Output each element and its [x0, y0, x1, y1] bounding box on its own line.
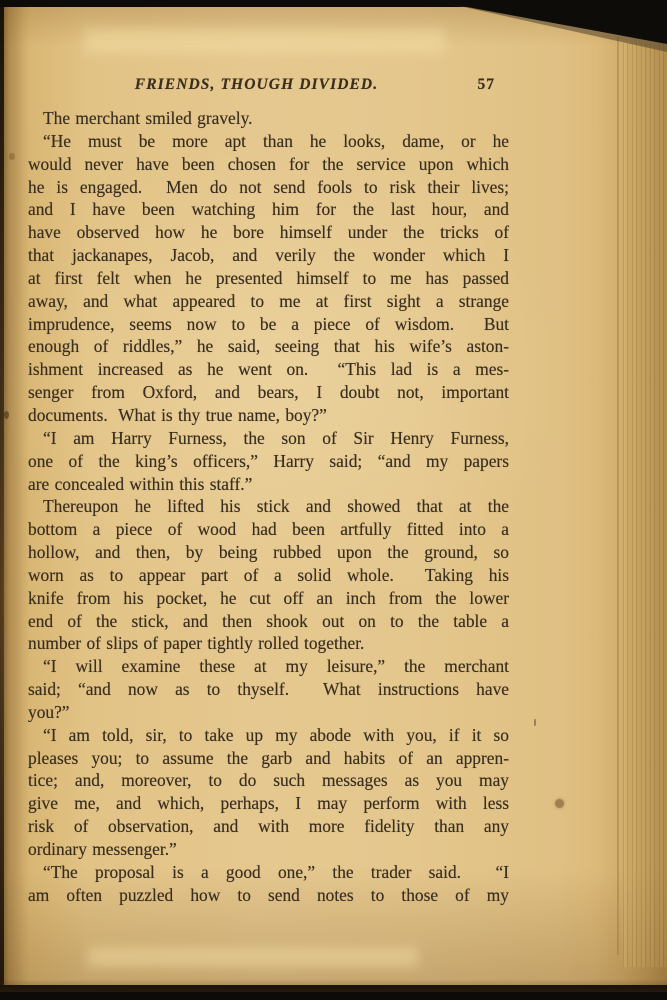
- binding-gutter-shadow: [0, 7, 30, 985]
- text-line: Thereupon he lifted his stick and showed…: [28, 495, 509, 518]
- running-title: FRIENDS, THOUGH DIVIDED.: [28, 76, 509, 94]
- text-line: number of slips of paper tightly rolled …: [28, 632, 509, 655]
- paper-stain: [534, 719, 536, 726]
- text-line: one of the king’s officers,” Harry said;…: [28, 450, 509, 473]
- text-line: end of the stick, and then shook out on …: [28, 610, 509, 633]
- text-line: at first felt when he presented himself …: [28, 267, 509, 290]
- text-line: pleases you; to assume the garb and habi…: [28, 747, 509, 770]
- text-line: “I will examine these at my leisure,” th…: [28, 655, 509, 678]
- text-line: knife from his pocket, he cut off an inc…: [28, 587, 509, 610]
- text-line: said; “and now as to thyself. What instr…: [28, 678, 509, 701]
- text-line: “I am told, sir, to take up my abode wit…: [28, 724, 509, 747]
- text-column: The merchant smiled gravely. “He must be…: [28, 107, 509, 907]
- text-line: ishment increased as he went on. “This l…: [28, 358, 509, 381]
- text-line: would never have been chosen for the ser…: [28, 153, 509, 176]
- text-line: worn as to appear part of a solid whole.…: [28, 564, 509, 587]
- text-line: documents. What is thy true name, boy?”: [28, 404, 509, 427]
- page-right-shading: [595, 7, 667, 985]
- text-line: imprudence, seems now to be a piece of w…: [28, 313, 509, 336]
- text-line: that jackanapes, Jacob, and verily the w…: [28, 244, 509, 267]
- text-line: away, and what appeared to me at first s…: [28, 290, 509, 313]
- text-line: hollow, and then, by being rubbed upon t…: [28, 541, 509, 564]
- running-header: FRIENDS, THOUGH DIVIDED. 57: [28, 76, 509, 98]
- paper-stain: [4, 411, 9, 419]
- text-line: senger from Oxford, and bears, I doubt n…: [28, 381, 509, 404]
- page-number: 57: [478, 76, 496, 94]
- text-line: ordinary messenger.”: [28, 838, 509, 861]
- text-line: tice; and, moreover, to do such messages…: [28, 769, 509, 792]
- text-line: The merchant smiled gravely.: [28, 107, 509, 130]
- text-line: risk of observation, and with more fidel…: [28, 815, 509, 838]
- text-line: have observed how he bore himself under …: [28, 221, 509, 244]
- text-line: and I have been watching him for the las…: [28, 198, 509, 221]
- text-line: am often puzzled how to send notes to th…: [28, 884, 509, 907]
- scan-smear-top: [85, 29, 445, 53]
- page-edge-crease: [617, 37, 619, 955]
- page-bottom-shadow: [0, 979, 667, 992]
- binding-edge: [0, 7, 4, 985]
- scan-smear-bottom: [88, 947, 418, 967]
- paper-stain: [555, 799, 564, 808]
- text-line: give me, and which, perhaps, I may perfo…: [28, 792, 509, 815]
- text-line: are concealed within this staff.”: [28, 473, 509, 496]
- text-line: “The proposal is a good one,” the trader…: [28, 861, 509, 884]
- text-line: he is engaged. Men do not send fools to …: [28, 176, 509, 199]
- paper-stain: [9, 153, 15, 160]
- text-line: “I am Harry Furness, the son of Sir Henr…: [28, 427, 509, 450]
- scanned-book-photo: { "document": { "type": "scanned-book-pa…: [0, 0, 667, 1000]
- text-line: bottom a piece of wood had been artfully…: [28, 518, 509, 541]
- text-line: “He must be more apt than he looks, dame…: [28, 130, 509, 153]
- text-line: you?”: [28, 701, 509, 724]
- text-line: enough of riddles,” he said, seeing that…: [28, 335, 509, 358]
